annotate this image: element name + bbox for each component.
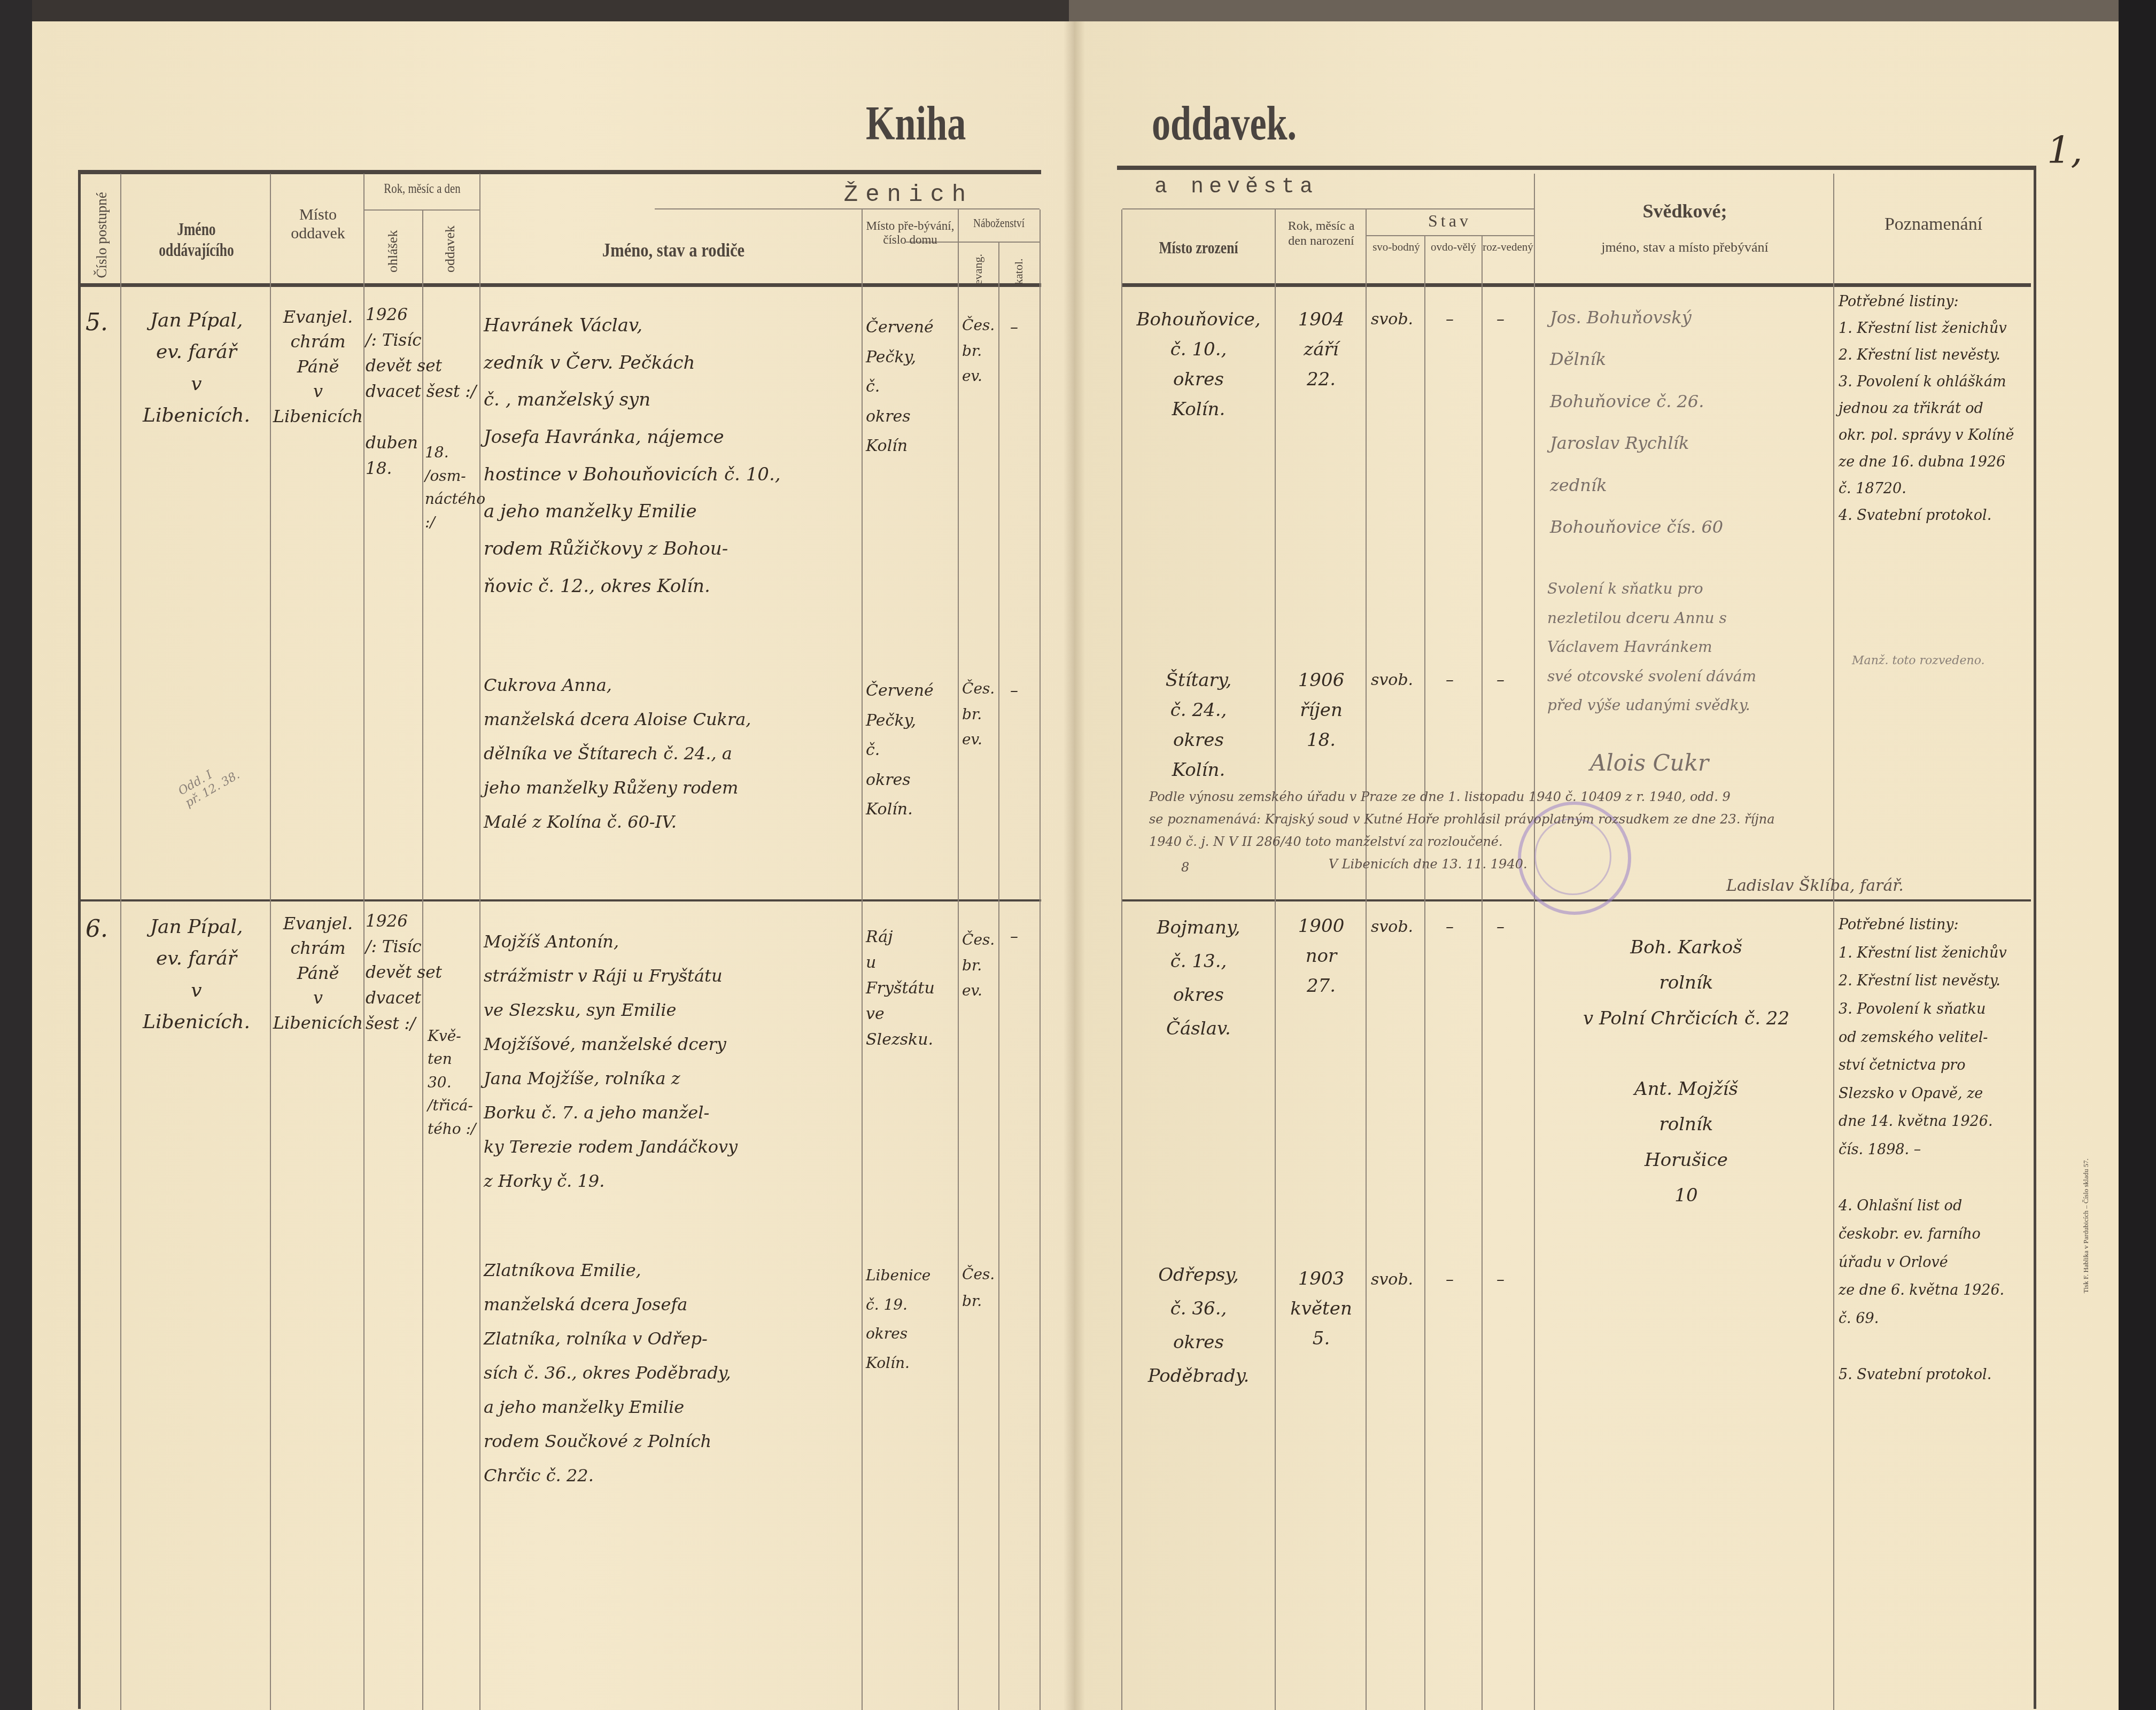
header-cislo-postupne: Číslo postupné — [94, 182, 110, 278]
bride-name-parents: Cukrova Anna, manželská dcera Aloise Cuk… — [484, 668, 860, 839]
col-divider — [998, 242, 999, 1710]
officiant: Jan Pípal, ev. farář v Libenicích. — [126, 305, 267, 432]
witnesses: Boh. Karkoš rolník v Polní Chrčicích č. … — [1545, 930, 1828, 1213]
header-evang: evang. — [971, 242, 985, 285]
header-poznamenani: Poznamenání — [1836, 214, 2031, 235]
groom-name-parents: Mojžíš Antonín, strážmistr v Ráji u Fryš… — [484, 924, 860, 1198]
groom-birthdate: 1904 září 22. — [1278, 305, 1364, 394]
bride-residence: Červené Pečky, č. okres Kolín. — [866, 676, 957, 825]
groom-ovdovely: – — [1446, 307, 1454, 332]
entry-divider-left — [79, 899, 1041, 901]
groom-birthdate: 1900 nor 27. — [1278, 911, 1364, 1001]
col-divider — [1366, 209, 1367, 1710]
groom-birthplace: Bojmany, č. 13., okres Čáslav. — [1125, 911, 1272, 1046]
entry-number: 5. — [86, 305, 108, 341]
book-cover-left — [0, 0, 32, 1710]
header-nabozenstvi: Náboženství — [967, 216, 1030, 231]
wedding-date: Kvě- ten 30. /třicá- tého :/ — [428, 908, 478, 1140]
col-divider — [862, 209, 863, 1710]
col-divider — [1040, 209, 1041, 1710]
header-svobodny: svo-bodný — [1368, 240, 1424, 253]
header-ohlasek: ohlášek — [385, 224, 401, 273]
divorce-signature: Ladislav Šklíba, farář. — [1726, 874, 1904, 899]
header-a-nevesta: a nevěsta — [1154, 175, 1379, 200]
col-divider — [120, 174, 121, 1710]
printer-imprint: Tisk F. Hablika v Pardubicích – Číslo sk… — [2082, 1159, 2090, 1293]
remarks: Potřebné listiny: 1. Křestní list ženich… — [1839, 911, 2034, 1389]
groom-rozvedeny: – — [1496, 915, 1504, 940]
groom-name-parents: Havránek Václav, zedník v Červ. Pečkách … — [484, 307, 860, 605]
groom-residence: Ráj u Fryštátu ve Slezsku. — [866, 924, 957, 1053]
bride-religion-evang: Čes. br. — [962, 1261, 998, 1315]
book-gutter — [1064, 21, 1085, 1710]
col-divider — [1424, 235, 1425, 1710]
book-cover-right — [2119, 0, 2156, 1710]
stav-sub-rule — [1366, 235, 1534, 236]
consent-signature: Alois Cukr — [1590, 745, 1709, 780]
col-divider — [1121, 209, 1122, 1710]
divorce-fraction-denominator: 8 — [1181, 858, 1189, 877]
header-misto-oddavek: Místo oddavek — [278, 206, 358, 243]
bride-birthdate: 1903 květen 5. — [1278, 1264, 1364, 1354]
bride-residence: Libenice č. 19. okres Kolín. — [866, 1261, 957, 1378]
page-title-right: oddavek. — [1152, 96, 1297, 151]
date-sub-rule — [363, 209, 480, 211]
groom-religion-katol: – — [1010, 924, 1018, 950]
header-bottom-rule-left — [79, 283, 1041, 287]
bride-ovdovely: – — [1446, 668, 1454, 693]
col-divider — [363, 174, 364, 1710]
remarks: Potřebné listiny: 1. Křestní list ženich… — [1839, 289, 2034, 528]
groom-svobodny: svob. — [1371, 307, 1413, 332]
officiant: Jan Pípal, ev. farář v Libenicích. — [126, 911, 267, 1038]
header-jmeno-oddavajiciho: Jméno oddávajícího — [143, 219, 250, 261]
col-divider — [1482, 235, 1483, 1710]
entry-number: 6. — [86, 911, 108, 947]
groom-religion-katol: – — [1010, 315, 1018, 340]
col-divider — [1275, 209, 1276, 1710]
bride-religion-katol: – — [1010, 679, 1018, 704]
col-divider — [1833, 174, 1834, 1710]
header-katol: katol. — [1012, 242, 1026, 285]
nevesta-sub-rule — [1122, 208, 1534, 209]
groom-svobodny: svob. — [1371, 915, 1413, 940]
header-svedkove: Svědkové; — [1539, 200, 1831, 222]
bride-rozvedeny: – — [1496, 668, 1504, 693]
page-title-left: Kniha — [866, 96, 966, 151]
groom-birthplace: Bohouňovice, č. 10., okres Kolín. — [1125, 305, 1272, 424]
groom-residence: Červené Pečky, č. okres Kolín — [866, 313, 957, 461]
header-stav: Stav — [1368, 211, 1531, 231]
header-zenich: Ženich — [802, 182, 1015, 209]
header-jmeno-stav-rodice: Jméno, stav a rodiče — [537, 239, 810, 261]
col-divider — [1534, 174, 1535, 1710]
groom-religion-evang: Čes. br. ev. — [962, 313, 998, 389]
bride-birthdate: 1906 říjen 18. — [1278, 665, 1364, 755]
bride-rozvedeny: – — [1496, 1268, 1504, 1293]
groom-rozvedeny: – — [1496, 307, 1504, 332]
page-number: 1, — [2047, 128, 2083, 172]
col-divider — [958, 209, 959, 1710]
bride-ovdovely: – — [1446, 1268, 1454, 1293]
table-top-rule-left — [79, 170, 1041, 174]
bride-name-parents: Zlatníkova Emilie, manželská dcera Josef… — [484, 1253, 860, 1493]
table-top-rule-right — [1117, 166, 2036, 170]
header-svedkove-sub: jméno, stav a místo přebývání — [1539, 239, 1831, 255]
remarks-pencil: Manž. toto rozvedeno. — [1852, 652, 1984, 670]
col-divider — [270, 174, 271, 1710]
wedding-date: 18. /osm- náctého :/ — [425, 302, 478, 534]
header-misto-prebyvani: Místo pře-bývání, číslo domu — [865, 219, 956, 247]
groom-ovdovely: – — [1446, 915, 1454, 940]
bride-birthplace: Štítary, č. 24., okres Kolín. — [1125, 665, 1272, 785]
header-bottom-rule-right — [1122, 283, 2031, 287]
bride-svobodny: svob. — [1371, 1268, 1413, 1293]
divorce-note: Podle výnosu zemského úřadu v Praze ze d… — [1149, 786, 2031, 875]
groom-religion-evang: Čes. br. ev. — [962, 927, 998, 1004]
consent-note: Svolení k sňatku pro nezletilou dceru An… — [1547, 574, 1833, 720]
header-misto-zrozeni: Místo zrození — [1140, 238, 1258, 258]
header-ovdovely: ovdo-vělý — [1425, 240, 1482, 253]
wedding-place: Evanjel. chrám Páně v Libenicích — [273, 305, 363, 429]
table-left-border — [78, 170, 81, 1709]
wedding-place: Evanjel. chrám Páně v Libenicích — [273, 911, 363, 1035]
table-right-border — [2034, 170, 2036, 1709]
bride-birthplace: Odřepsy, č. 36., okres Poděbrady. — [1125, 1258, 1272, 1393]
header-rok-narozeni: Rok, měsíc a den narození — [1278, 219, 1364, 248]
header-rok-mesic-den: Rok, měsíc a den — [377, 181, 467, 197]
bride-religion-evang: Čes. br. ev. — [962, 676, 998, 752]
header-rozvedeny: roz-vedený — [1483, 240, 1533, 253]
header-oddavek: oddavek — [442, 224, 458, 273]
witnesses: Jos. Bohuňovský Dělník Bohuňovice č. 26.… — [1550, 297, 1833, 548]
bride-svobodny: svob. — [1371, 668, 1413, 693]
